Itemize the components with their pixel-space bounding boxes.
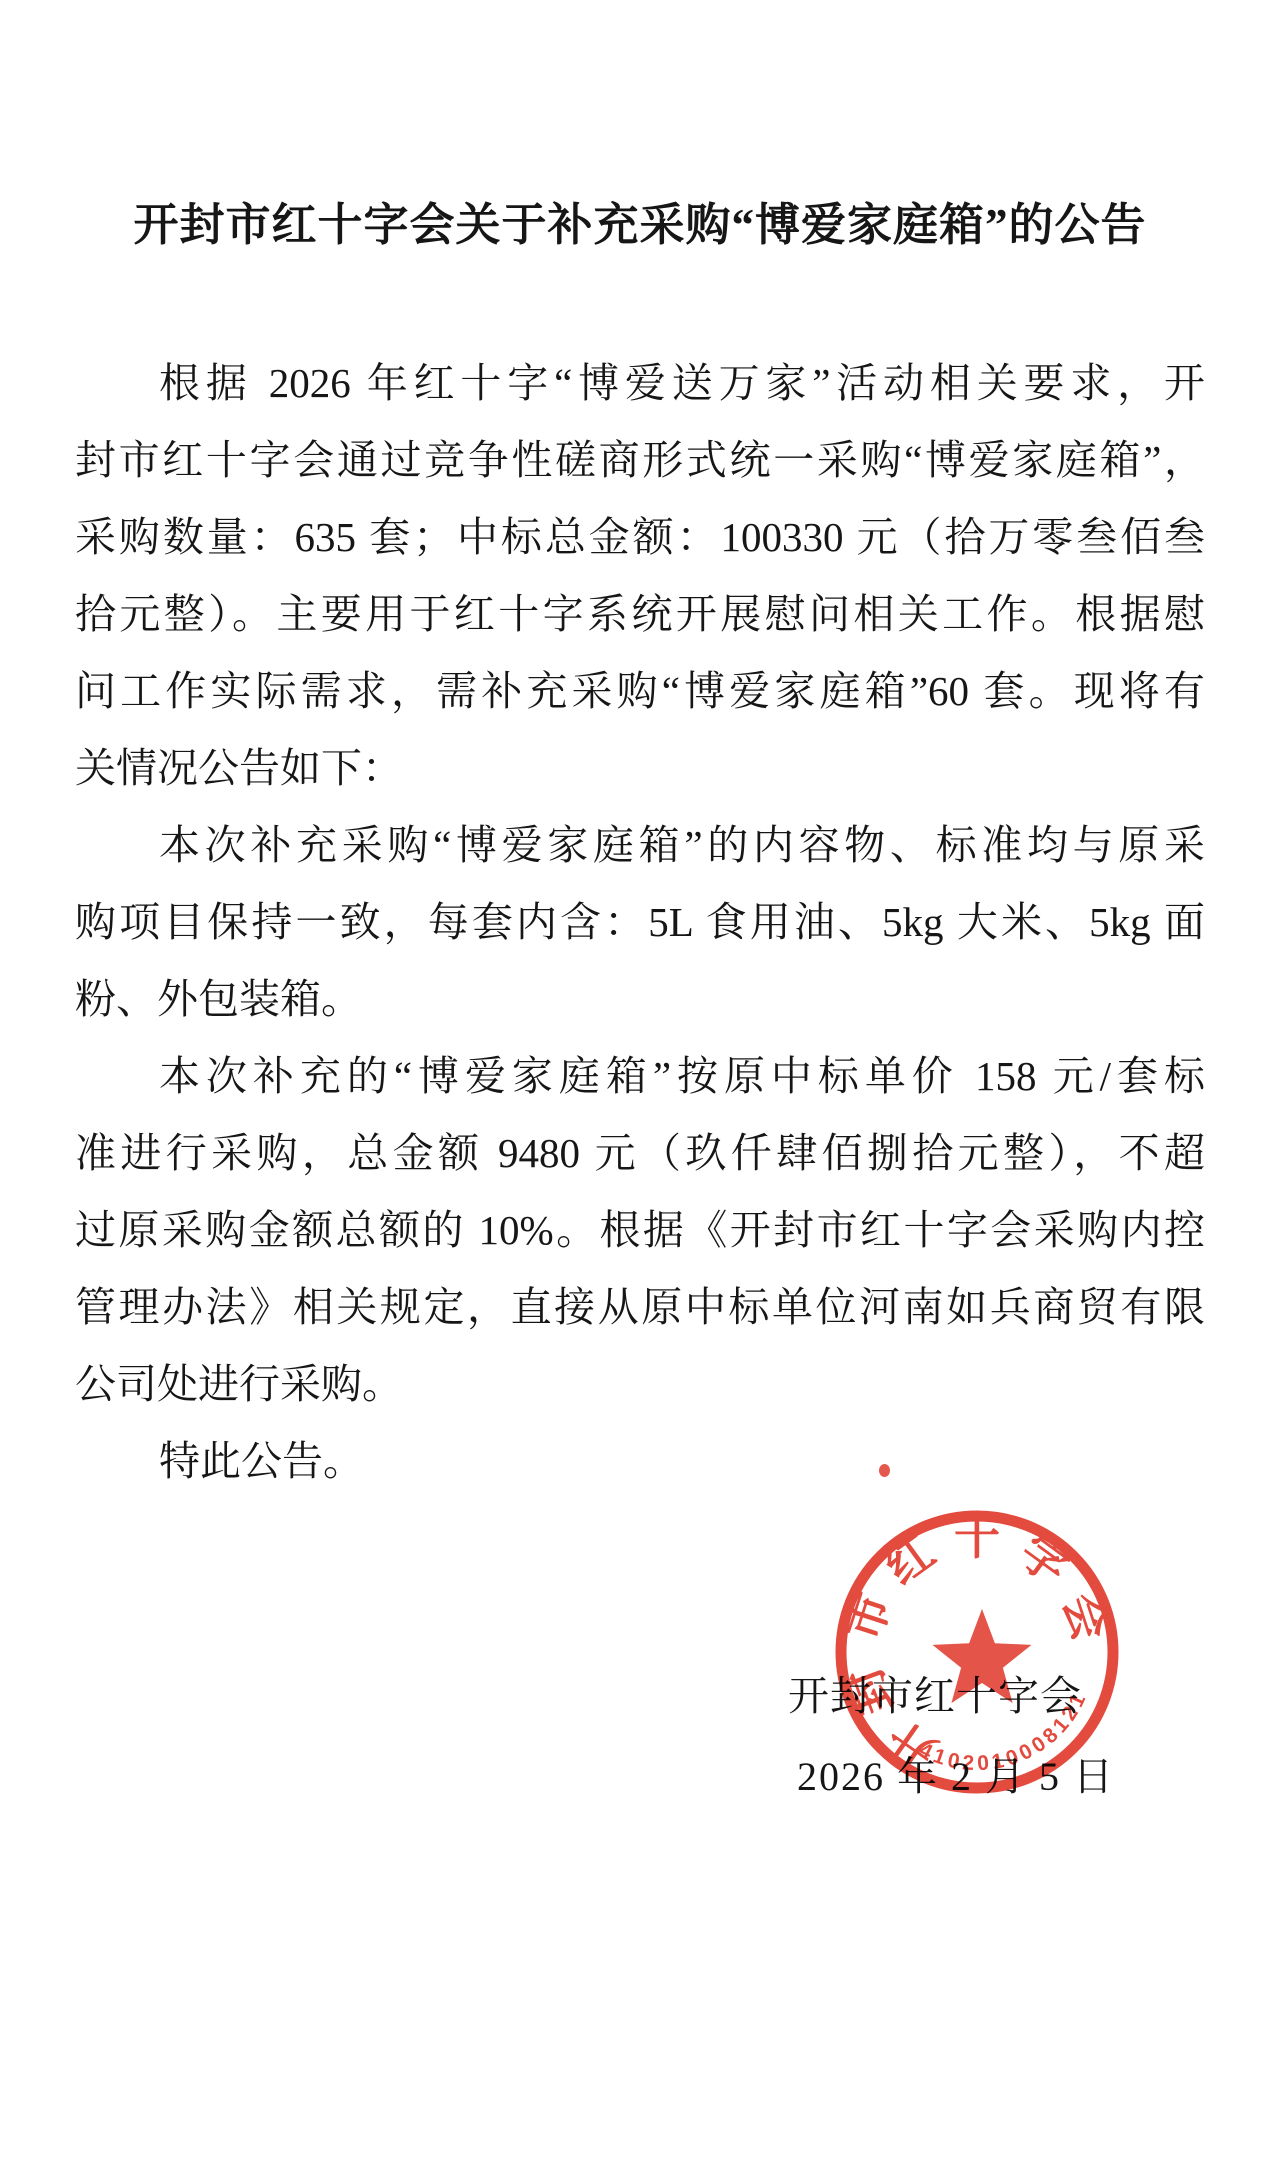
seal-arc-char: 红 xyxy=(877,1526,944,1594)
seal-star-icon xyxy=(933,1609,1032,1703)
seal-arc-char: 封 xyxy=(839,1660,903,1721)
document-body: 根据 2026 年红十字“博爱送万家”活动相关要求，开 封市红十字会通过竞争性磋… xyxy=(75,345,1205,1500)
page-title: 开封市红十字会关于补充采购“博爱家庭箱”的公告 xyxy=(0,188,1280,253)
body-line: 准进行采购，总金额 9480 元（玖仟肆佰捌拾元整），不超 xyxy=(75,1115,1205,1192)
official-seal-stamp: 开 封 市 红 十 字 会 4102010008121 xyxy=(817,1492,1147,1822)
body-line: 关情况公告如下： xyxy=(75,730,1205,807)
body-line: 本次补充采购“博爱家庭箱”的内容物、标准均与原采 xyxy=(75,807,1205,884)
stamp-ink-dot xyxy=(879,1464,890,1477)
body-line: 根据 2026 年红十字“博爱送万家”活动相关要求，开 xyxy=(75,345,1205,422)
seal-arc-char: 十 xyxy=(954,1513,1000,1564)
document-page: 开封市红十字会关于补充采购“博爱家庭箱”的公告 根据 2026 年红十字“博爱送… xyxy=(0,0,1280,2166)
body-line: 本次补充的“博爱家庭箱”按原中标单价 158 元/套标 xyxy=(75,1038,1205,1115)
body-line: 采购数量：635 套；中标总金额：100330 元（拾万零叁佰叁 xyxy=(75,499,1205,576)
body-line: 公司处进行采购。 xyxy=(75,1346,1205,1423)
body-line: 购项目保持一致，每套内含：5L 食用油、5kg 大米、5kg 面 xyxy=(75,884,1205,961)
body-line: 粉、外包装箱。 xyxy=(75,961,1205,1038)
body-line: 问工作实际需求，需补充采购“博爱家庭箱”60 套。现将有 xyxy=(75,653,1205,730)
body-line: 管理办法》相关规定，直接从原中标单位河南如兵商贸有限 xyxy=(75,1269,1205,1346)
body-line: 拾元整）。主要用于红十字系统开展慰问相关工作。根据慰 xyxy=(75,576,1205,653)
body-line: 特此公告。 xyxy=(75,1423,1205,1500)
body-line: 封市红十字会通过竞争性磋商形式统一采购“博爱家庭箱”， xyxy=(75,422,1205,499)
seal-arc-char: 字 xyxy=(1010,1526,1077,1594)
body-line: 过原采购金额总额的 10%。根据《开封市红十字会采购内控 xyxy=(75,1192,1205,1269)
